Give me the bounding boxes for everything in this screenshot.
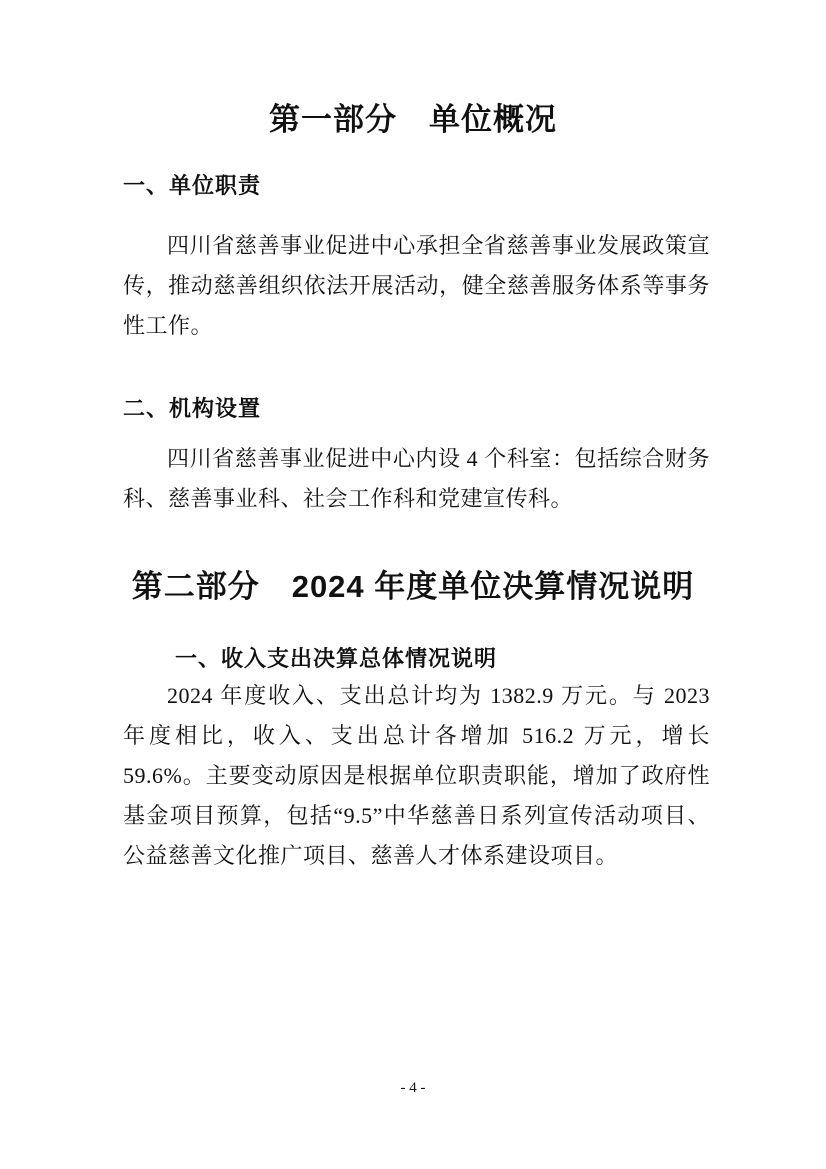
- part2-heading-budget-overview: 一、收入支出决算总体情况说明: [123, 645, 710, 673]
- part1-paragraph-unit-duties: 四川省慈善事业促进中心承担全省慈善事业发展政策宣传，推动慈善组织依法开展活动，健…: [123, 226, 710, 346]
- document-page: 第一部分 单位概况 一、单位职责 四川省慈善事业促进中心承担全省慈善事业发展政策…: [0, 0, 826, 1169]
- part1-paragraph-org-structure: 四川省慈善事业促进中心内设 4 个科室：包括综合财务科、慈善事业科、社会工作科和…: [123, 439, 710, 519]
- part2-title: 第二部分 2024 年度单位决算情况说明: [0, 567, 826, 607]
- part1-heading-org-structure: 二、机构设置: [123, 395, 710, 423]
- part2-paragraph-budget-overview: 2024 年度收入、支出总计均为 1382.9 万元。与 2023 年度相比，收…: [123, 676, 710, 876]
- part1-title: 第一部分 单位概况: [0, 100, 826, 140]
- part1-heading-unit-duties: 一、单位职责: [123, 172, 710, 200]
- page-number: - 4 -: [0, 1078, 826, 1098]
